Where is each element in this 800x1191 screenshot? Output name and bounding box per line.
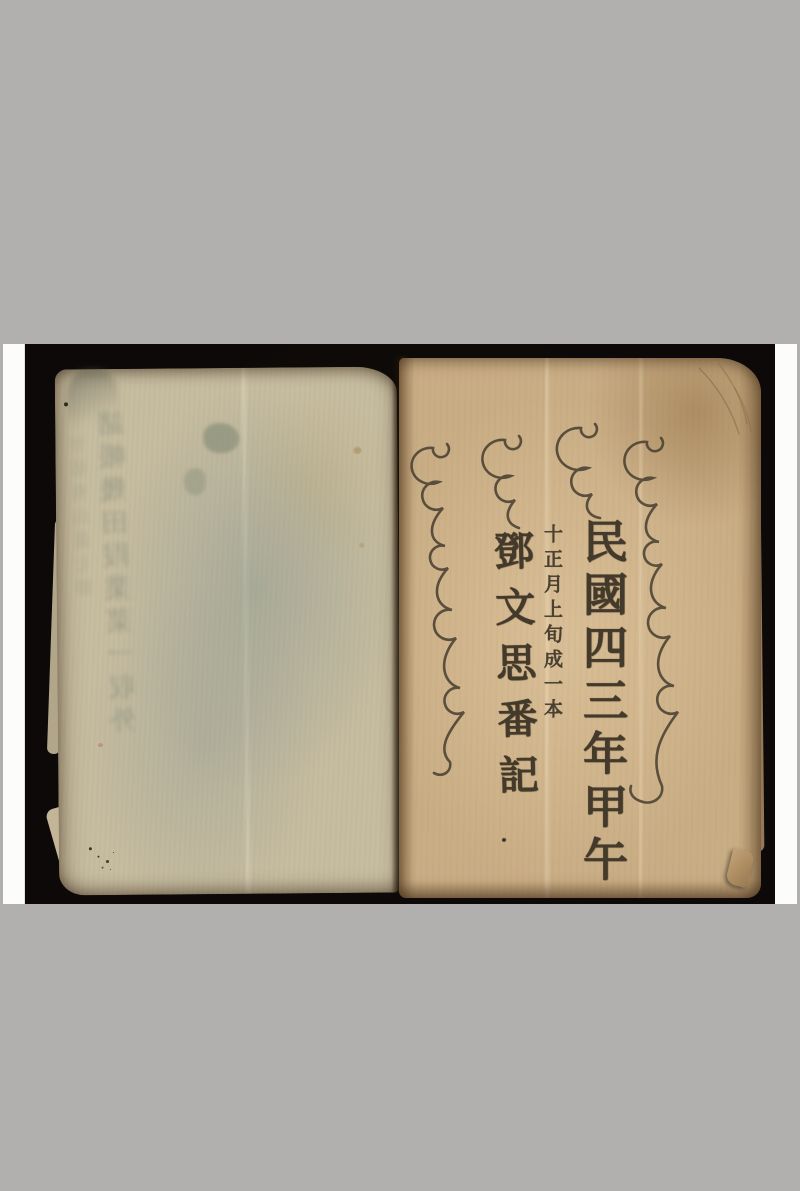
bleedthrough-text-column-side: 卄估有山苗七即 [66,435,98,604]
scan-margin-strip-left [3,344,25,904]
black-backdrop: 諸帳幾田叚業菜一収外 卄估有山苗七即 [25,344,775,904]
tan-spot [359,543,364,548]
paper-stain [203,423,239,453]
date-column: 十正月上旬成一本 [539,524,566,724]
signature-column: 鄧文思番記 [482,529,545,810]
corner-crease-line [699,368,739,434]
pink-speck [98,743,103,747]
title-column: 民國四三年甲午 [569,518,634,889]
ink-speck [64,402,68,406]
calligraphic-flourish-above-title [557,424,600,518]
scan-margin-strip-right [774,344,797,904]
right-page: 十正月上旬成一本 民國四三年甲午 鄧文思番記 [399,358,761,898]
photograph: 諸帳幾田叚業菜一収外 卄估有山苗七即 [0,344,800,904]
calligraphic-flourish-above-signature [482,436,520,528]
paper-stain [184,468,206,495]
bleedthrough-text-column: 諸帳幾田叚業菜一収外 [93,408,146,739]
corner-crease-line [719,364,747,424]
calligraphic-flourish-left [412,444,464,775]
ink-speck-cluster [89,847,92,850]
left-page: 諸帳幾田叚業菜一収外 卄估有山苗七即 [55,367,402,896]
screenshot-canvas: { "photo": { "right_page": { "title_colu… [0,0,800,1191]
tan-spot [353,447,361,454]
